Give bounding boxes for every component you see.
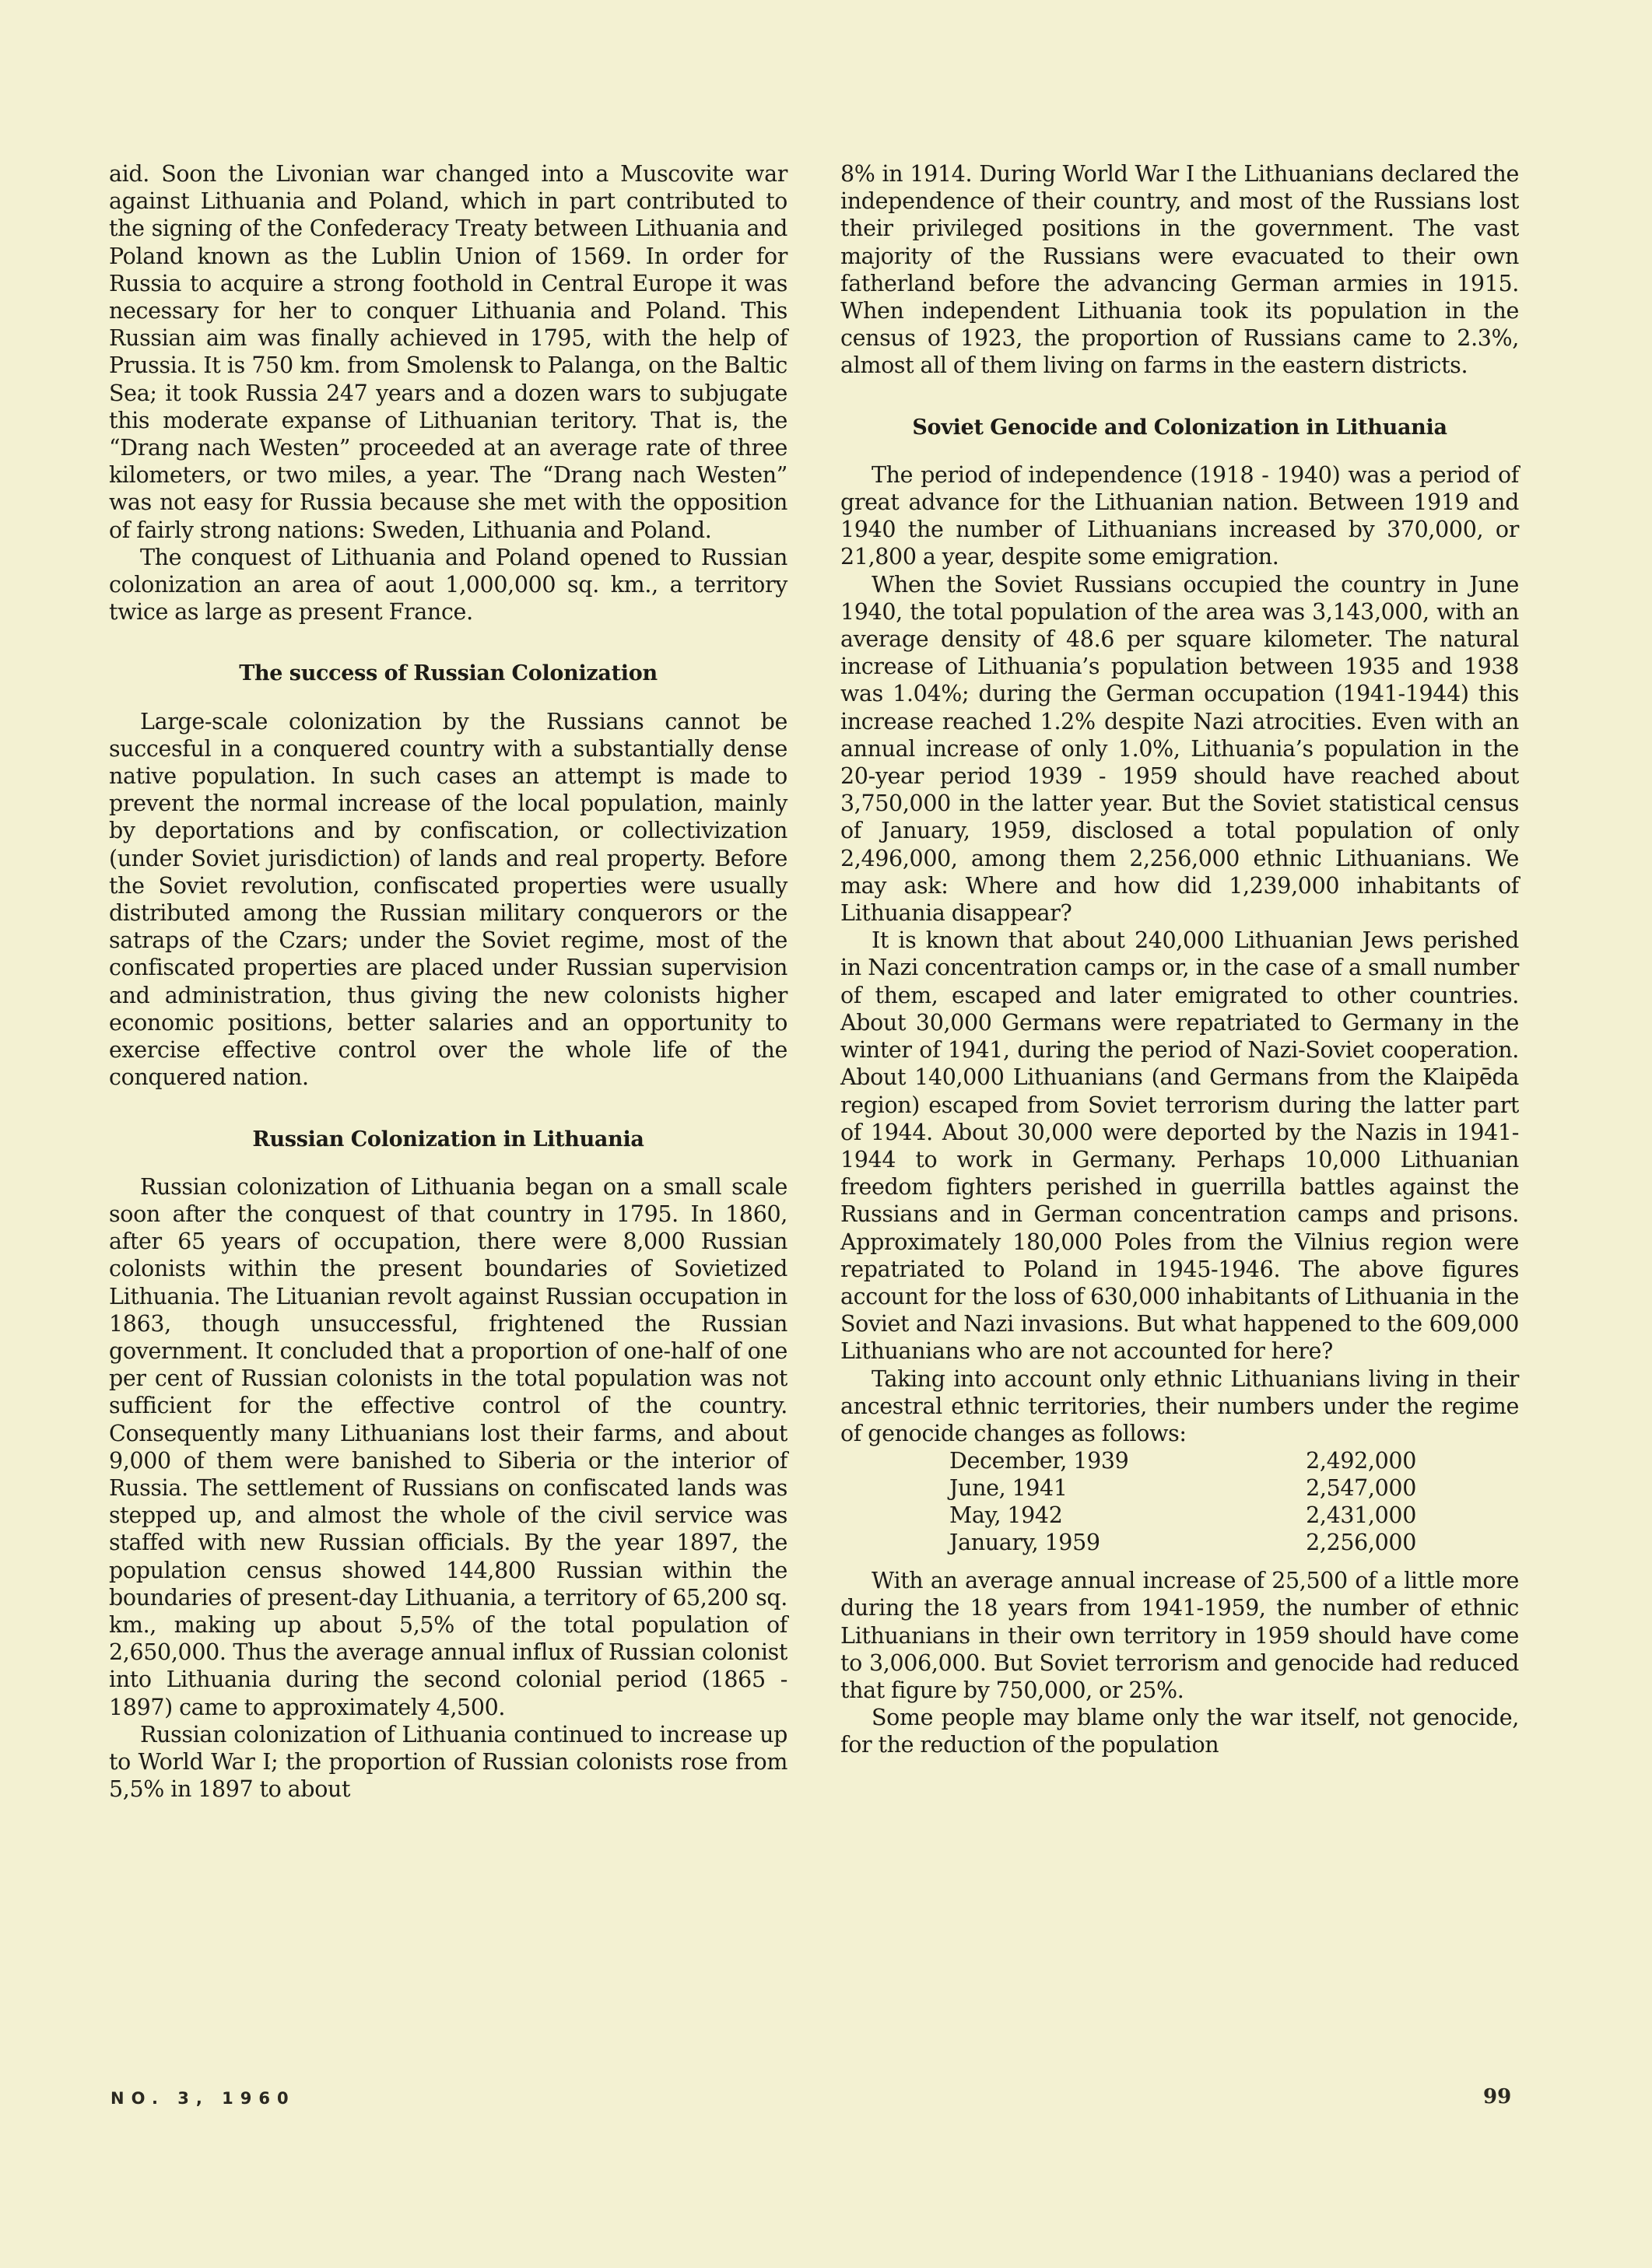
paragraph: The conquest of Lithuania and Poland ope… bbox=[109, 544, 787, 626]
left-column: aid. Soon the Livonian war changed into … bbox=[109, 160, 787, 1803]
table-date: December, 1939 bbox=[949, 1447, 1245, 1474]
table-date: May, 1942 bbox=[949, 1502, 1245, 1529]
table-row: January, 1959 2,256,000 bbox=[949, 1529, 1416, 1556]
section-heading: Russian Colonization in Lithuania bbox=[109, 1126, 787, 1153]
paragraph: It is known that about 240,000 Lithuania… bbox=[840, 927, 1519, 1365]
right-column: 8% in 1914. During World War I the Lithu… bbox=[840, 160, 1519, 1759]
table-value: 2,492,000 bbox=[1306, 1447, 1416, 1474]
paragraph: When the Soviet Russians occupied the co… bbox=[840, 571, 1519, 927]
paragraph: Large-scale colonization by the Russians… bbox=[109, 708, 787, 1092]
issue-label: NO. 3, 1960 bbox=[110, 2089, 296, 2108]
table-date: June, 1941 bbox=[949, 1474, 1245, 1502]
table-date: January, 1959 bbox=[949, 1529, 1245, 1556]
paragraph: Taking into account only ethnic Lithuani… bbox=[840, 1365, 1519, 1448]
table-row: May, 1942 2,431,000 bbox=[949, 1502, 1416, 1529]
paragraph: aid. Soon the Livonian war changed into … bbox=[109, 160, 787, 544]
table-value: 2,431,000 bbox=[1306, 1502, 1416, 1529]
paragraph: 8% in 1914. During World War I the Lithu… bbox=[840, 160, 1519, 380]
table-value: 2,547,000 bbox=[1306, 1474, 1416, 1502]
paragraph: Russian colonization of Lithuania began … bbox=[109, 1173, 787, 1721]
page-number: 99 bbox=[1483, 2085, 1511, 2109]
section-heading: The success of Russian Colonization bbox=[109, 660, 787, 687]
population-table: December, 1939 2,492,000 June, 1941 2,54… bbox=[949, 1447, 1416, 1556]
paragraph: The period of independence (1918 - 1940)… bbox=[840, 461, 1519, 571]
paragraph: With an average annual increase of 25,50… bbox=[840, 1567, 1519, 1704]
paragraph: Russian colonization of Lithuania contin… bbox=[109, 1721, 787, 1804]
table-row: December, 1939 2,492,000 bbox=[949, 1447, 1416, 1474]
table-value: 2,256,000 bbox=[1306, 1529, 1416, 1556]
section-heading: Soviet Genocide and Colonization in Lith… bbox=[840, 414, 1519, 441]
paragraph: Some people may blame only the war itsel… bbox=[840, 1704, 1519, 1758]
table-row: June, 1941 2,547,000 bbox=[949, 1474, 1416, 1502]
